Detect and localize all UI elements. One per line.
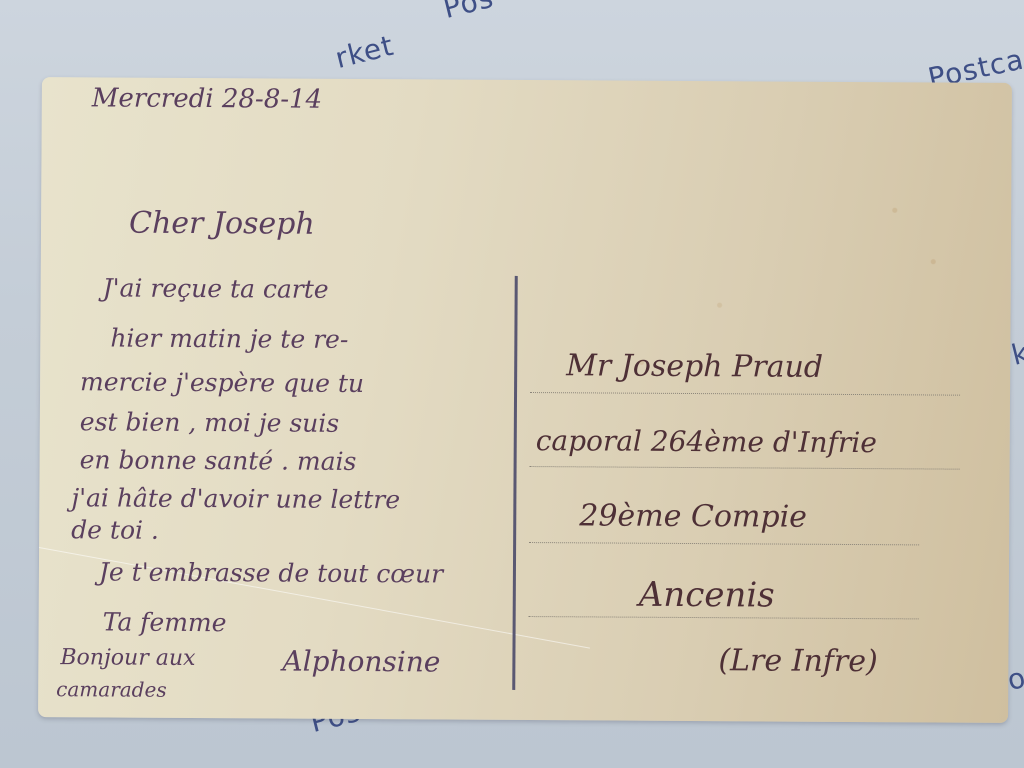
message-signature: Alphonsine <box>282 645 440 679</box>
address-line-name: Mr Joseph Praud <box>566 348 823 385</box>
address-dotted-line <box>529 542 919 545</box>
message-line: j'ai hâte d'avoir une lettre <box>71 483 400 514</box>
message-line: Je t'embrasse de tout cœur <box>99 557 443 588</box>
message-line: en bonne santé . mais <box>80 445 357 476</box>
message-line: Ta femme <box>103 607 227 637</box>
address-line-town: Ancenis <box>639 575 775 616</box>
postcard: Mercredi 28-8-14 Cher Joseph J'ai reçue … <box>38 77 1012 723</box>
address-line-company: 29ème Compie <box>579 498 807 534</box>
message-postscript: camarades <box>56 677 167 702</box>
message-line: hier matin je te re- <box>110 323 348 353</box>
postcard-date: Mercredi 28-8-14 <box>92 83 323 114</box>
message-line: de toi . <box>71 515 159 545</box>
address-dotted-line <box>530 392 960 396</box>
background-print-text: rket <box>332 29 397 75</box>
message-line: est bien , moi je suis <box>80 407 339 438</box>
address-line-department: (Lre Infre) <box>718 643 878 679</box>
address-dotted-line <box>529 616 919 619</box>
message-salutation: Cher Joseph <box>129 206 315 242</box>
address-line-rank: caporal 264ème d'Infrie <box>536 424 877 459</box>
address-dotted-line <box>530 466 960 470</box>
message-postscript: Bonjour aux <box>60 645 195 671</box>
postcard-divider-line <box>512 276 518 690</box>
background-print-text: Pos <box>440 0 497 25</box>
message-line: J'ai reçue ta carte <box>103 273 329 303</box>
message-line: mercie j'espère que tu <box>80 367 364 398</box>
